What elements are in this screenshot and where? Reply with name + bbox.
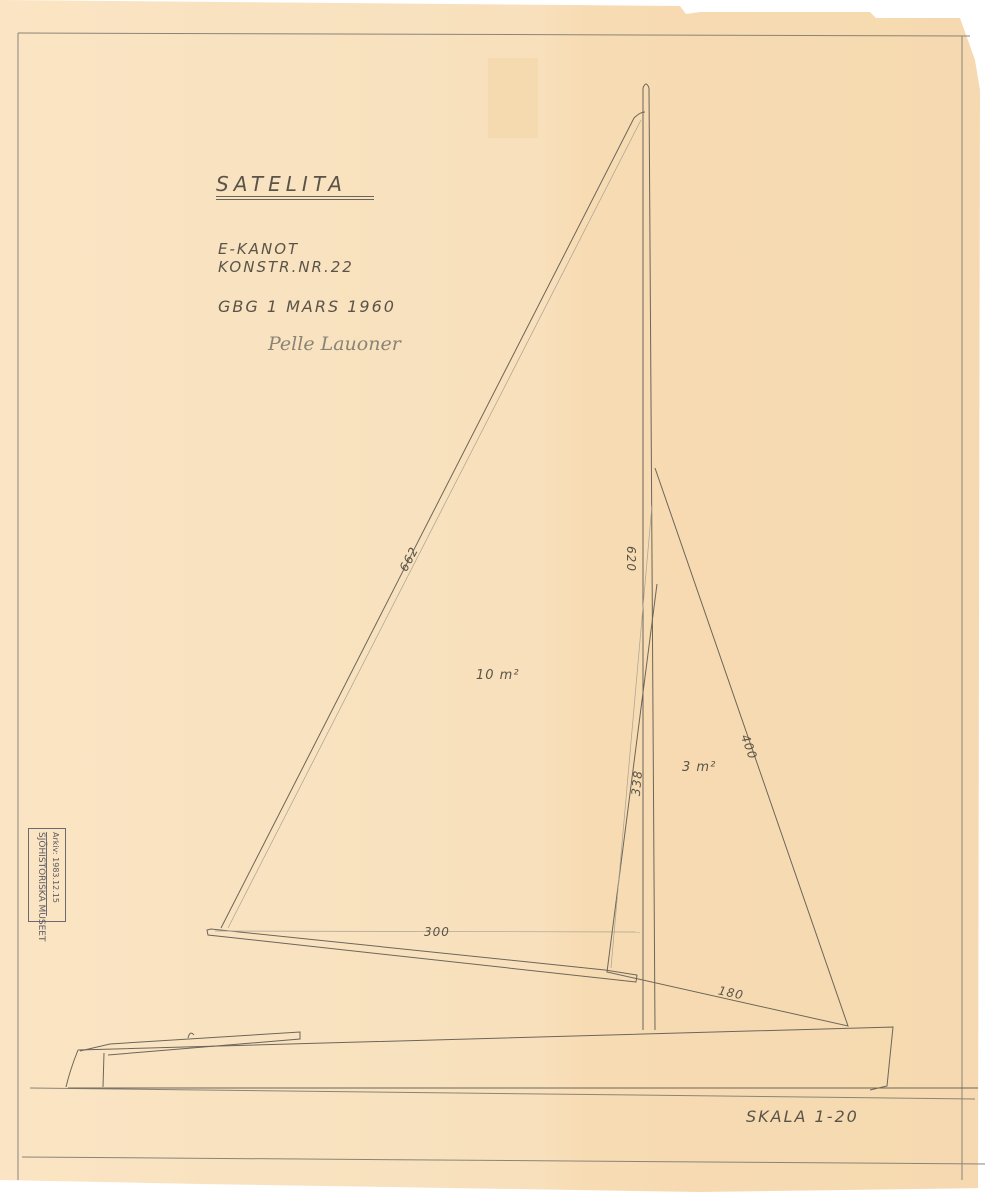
drawing-sheet: SATELITA E-KANOT KONSTR.NR.22 GBG 1 MARS…: [0, 0, 988, 1200]
sail-plan-drawing: [0, 0, 988, 1200]
designer-signature: Pelle Lauoner: [268, 333, 401, 355]
design-number: KONSTR.NR.22: [218, 258, 354, 276]
place-date: GBG 1 MARS 1960: [218, 297, 396, 316]
title-underline: [216, 196, 374, 197]
dim-mast-luff: 620: [624, 546, 638, 572]
archive-stamp: [28, 828, 66, 922]
dim-mainsail-foot: 300: [424, 925, 450, 939]
title-underline-2: [216, 199, 374, 200]
dim-jib-luff: 338: [629, 769, 645, 796]
paper-background: [0, 0, 980, 1200]
jib-area: 3 m²: [682, 760, 716, 775]
scale-label: SKALA 1-20: [746, 1107, 859, 1126]
boat-type: E-KANOT: [218, 240, 299, 258]
stamp-archive-number: Arkiv: 1983.12.15: [51, 832, 60, 903]
stamp-museum: SJÖHISTORISKA MUSEET: [36, 832, 46, 942]
drawing-title: SATELITA: [216, 172, 347, 196]
mainsail-area: 10 m²: [476, 668, 520, 683]
